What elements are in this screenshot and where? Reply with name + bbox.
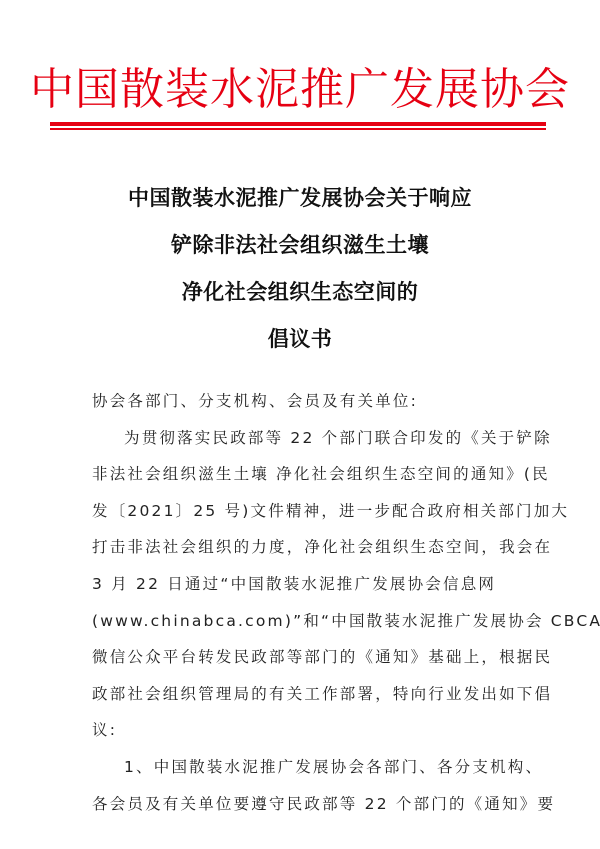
document-body: 协会各部门、分支机构、会员及有关单位: 为贯彻落实民政部等 22 个部门联合印发… [92, 383, 512, 822]
letterhead-rule-thin [50, 128, 546, 130]
body-line: 3 月 22 日通过“中国散装水泥推广发展协会信息网 [92, 566, 512, 603]
body-line: (www.chinabca.com)”和“中国散装水泥推广发展协会 CBCA” [92, 603, 512, 640]
body-line: 微信公众平台转发民政部等部门的《通知》基础上，根据民 [92, 639, 512, 676]
body-line: 打击非法社会组织的力度，净化社会组织生态空间，我会在 [92, 529, 512, 566]
body-line: 发〔2021〕25 号)文件精神，进一步配合政府相关部门加大 [92, 493, 512, 530]
body-line: 为贯彻落实民政部等 22 个部门联合印发的《关于铲除 [92, 420, 512, 457]
body-line: 各会员及有关单位要遵守民政部等 22 个部门的《通知》要 [92, 786, 512, 823]
body-line: 议: [92, 712, 512, 749]
headline-line-2: 铲除非法社会组织滋生土壤 [0, 221, 600, 268]
headline-line-3: 净化社会组织生态空间的 [0, 268, 600, 315]
headline-line-4: 倡议书 [0, 315, 600, 362]
list-item-1: 1、中国散装水泥推广发展协会各部门、各分支机构、 [92, 749, 512, 786]
letterhead-title: 中国散装水泥推广发展协会 [0, 62, 600, 118]
body-line: 政部社会组织管理局的有关工作部署，特向行业发出如下倡 [92, 676, 512, 713]
headline-line-1: 中国散装水泥推广发展协会关于响应 [0, 174, 600, 221]
letterhead-rule-thick [50, 122, 546, 126]
document-headline: 中国散装水泥推广发展协会关于响应 铲除非法社会组织滋生土壤 净化社会组织生态空间… [0, 174, 600, 362]
salutation: 协会各部门、分支机构、会员及有关单位: [92, 383, 512, 420]
body-line: 非法社会组织滋生土壤 净化社会组织生态空间的通知》(民 [92, 456, 512, 493]
